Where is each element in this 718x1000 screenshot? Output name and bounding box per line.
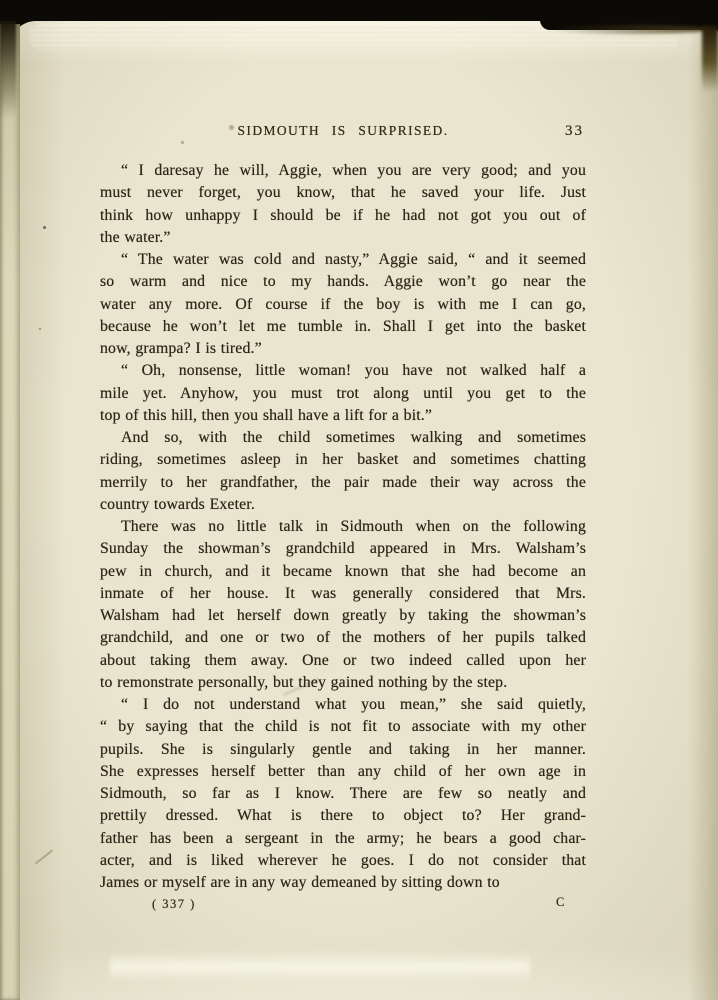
text-line: the water.” — [100, 227, 586, 249]
plate-number: ( 337 ) — [152, 897, 196, 912]
text-line: pew in church, and it became known that … — [100, 561, 586, 583]
text-line: “ by saying that the child is not fit to… — [100, 716, 586, 738]
body-text: “ I daresay he will, Aggie, when you are… — [100, 160, 586, 894]
text-line: merrily to her grandfather, the pair mad… — [100, 472, 586, 494]
corner-shadow — [702, 26, 718, 92]
text-line: so warm and nice to my hands. Aggie won’… — [100, 271, 586, 293]
paragraph: “ I do not understand what you mean,” sh… — [100, 694, 586, 894]
text-line: “ Oh, nonsense, little woman! you have n… — [100, 360, 586, 382]
text-line: grandchild, and one or two of the mother… — [100, 627, 586, 649]
text-line: She expresses herself better than any ch… — [100, 761, 586, 783]
page-footer: ( 337 ) C — [100, 895, 586, 919]
text-line: top of this hill, then you shall have a … — [100, 405, 586, 427]
text-line: “ The water was cold and nasty,” Aggie s… — [100, 249, 586, 271]
text-line: “ I daresay he will, Aggie, when you are… — [100, 160, 586, 182]
text-line: pupils. She is singularly gentle and tak… — [100, 739, 586, 761]
text-line: because he won’t let me tumble in. Shall… — [100, 316, 586, 338]
text-line: father has been a sergeant in the army; … — [100, 828, 586, 850]
text-line: water any more. Of course if the boy is … — [100, 294, 586, 316]
running-header: SIDMOUTH IS SURPRISED. 33 — [100, 120, 586, 142]
paragraph: And so, with the child sometimes walking… — [100, 427, 586, 516]
text-line: And so, with the child sometimes walking… — [100, 427, 586, 449]
text-line: about taking them away. One or two indee… — [100, 650, 586, 672]
ink-speck — [43, 226, 46, 229]
text-line: Walsham had let herself down greatly by … — [100, 605, 586, 627]
paragraph: “ I daresay he will, Aggie, when you are… — [100, 160, 586, 249]
paragraph: There was no little talk in Sidmouth whe… — [100, 516, 586, 694]
text-line: mile yet. Anyhow, you must trot along un… — [100, 383, 586, 405]
paper-sheen — [110, 952, 530, 982]
printed-content: SIDMOUTH IS SURPRISED. 33 “ I daresay he… — [100, 120, 586, 919]
text-line: prettily dressed. What is there to objec… — [100, 805, 586, 827]
text-line: Sidmouth, so far as I know. There are fe… — [100, 783, 586, 805]
book-page-scan: SIDMOUTH IS SURPRISED. 33 “ I daresay he… — [0, 0, 718, 1000]
signature-mark: C — [556, 895, 564, 910]
binding-shadow — [0, 18, 16, 118]
text-line: There was no little talk in Sidmouth whe… — [100, 516, 586, 538]
text-line: inmate of her house. It was generally co… — [100, 583, 586, 605]
paragraph: “ The water was cold and nasty,” Aggie s… — [100, 249, 586, 360]
edge-smear — [547, 25, 712, 34]
fore-edge-strip — [0, 24, 20, 1000]
text-line: acter, and is liked wherever he goes. I … — [100, 850, 586, 872]
text-line: James or myself are in any way demeaned … — [100, 872, 586, 894]
running-header-title: SIDMOUTH IS SURPRISED. — [100, 120, 586, 142]
ink-speck — [39, 328, 41, 330]
text-line: Sunday the showman’s grandchild appeared… — [100, 538, 586, 560]
text-line: think how unhappy I should be if he had … — [100, 205, 586, 227]
paragraph: “ Oh, nonsense, little woman! you have n… — [100, 360, 586, 427]
text-line: to remonstrate personally, but they gain… — [100, 672, 586, 694]
text-line: country towards Exeter. — [100, 494, 586, 516]
page-number: 33 — [565, 120, 584, 142]
text-line: “ I do not understand what you mean,” sh… — [100, 694, 586, 716]
text-line: now, grampa? I is tired.” — [100, 338, 586, 360]
text-line: must never forget, you know, that he sav… — [100, 182, 586, 204]
text-line: riding, sometimes asleep in her basket a… — [100, 449, 586, 471]
